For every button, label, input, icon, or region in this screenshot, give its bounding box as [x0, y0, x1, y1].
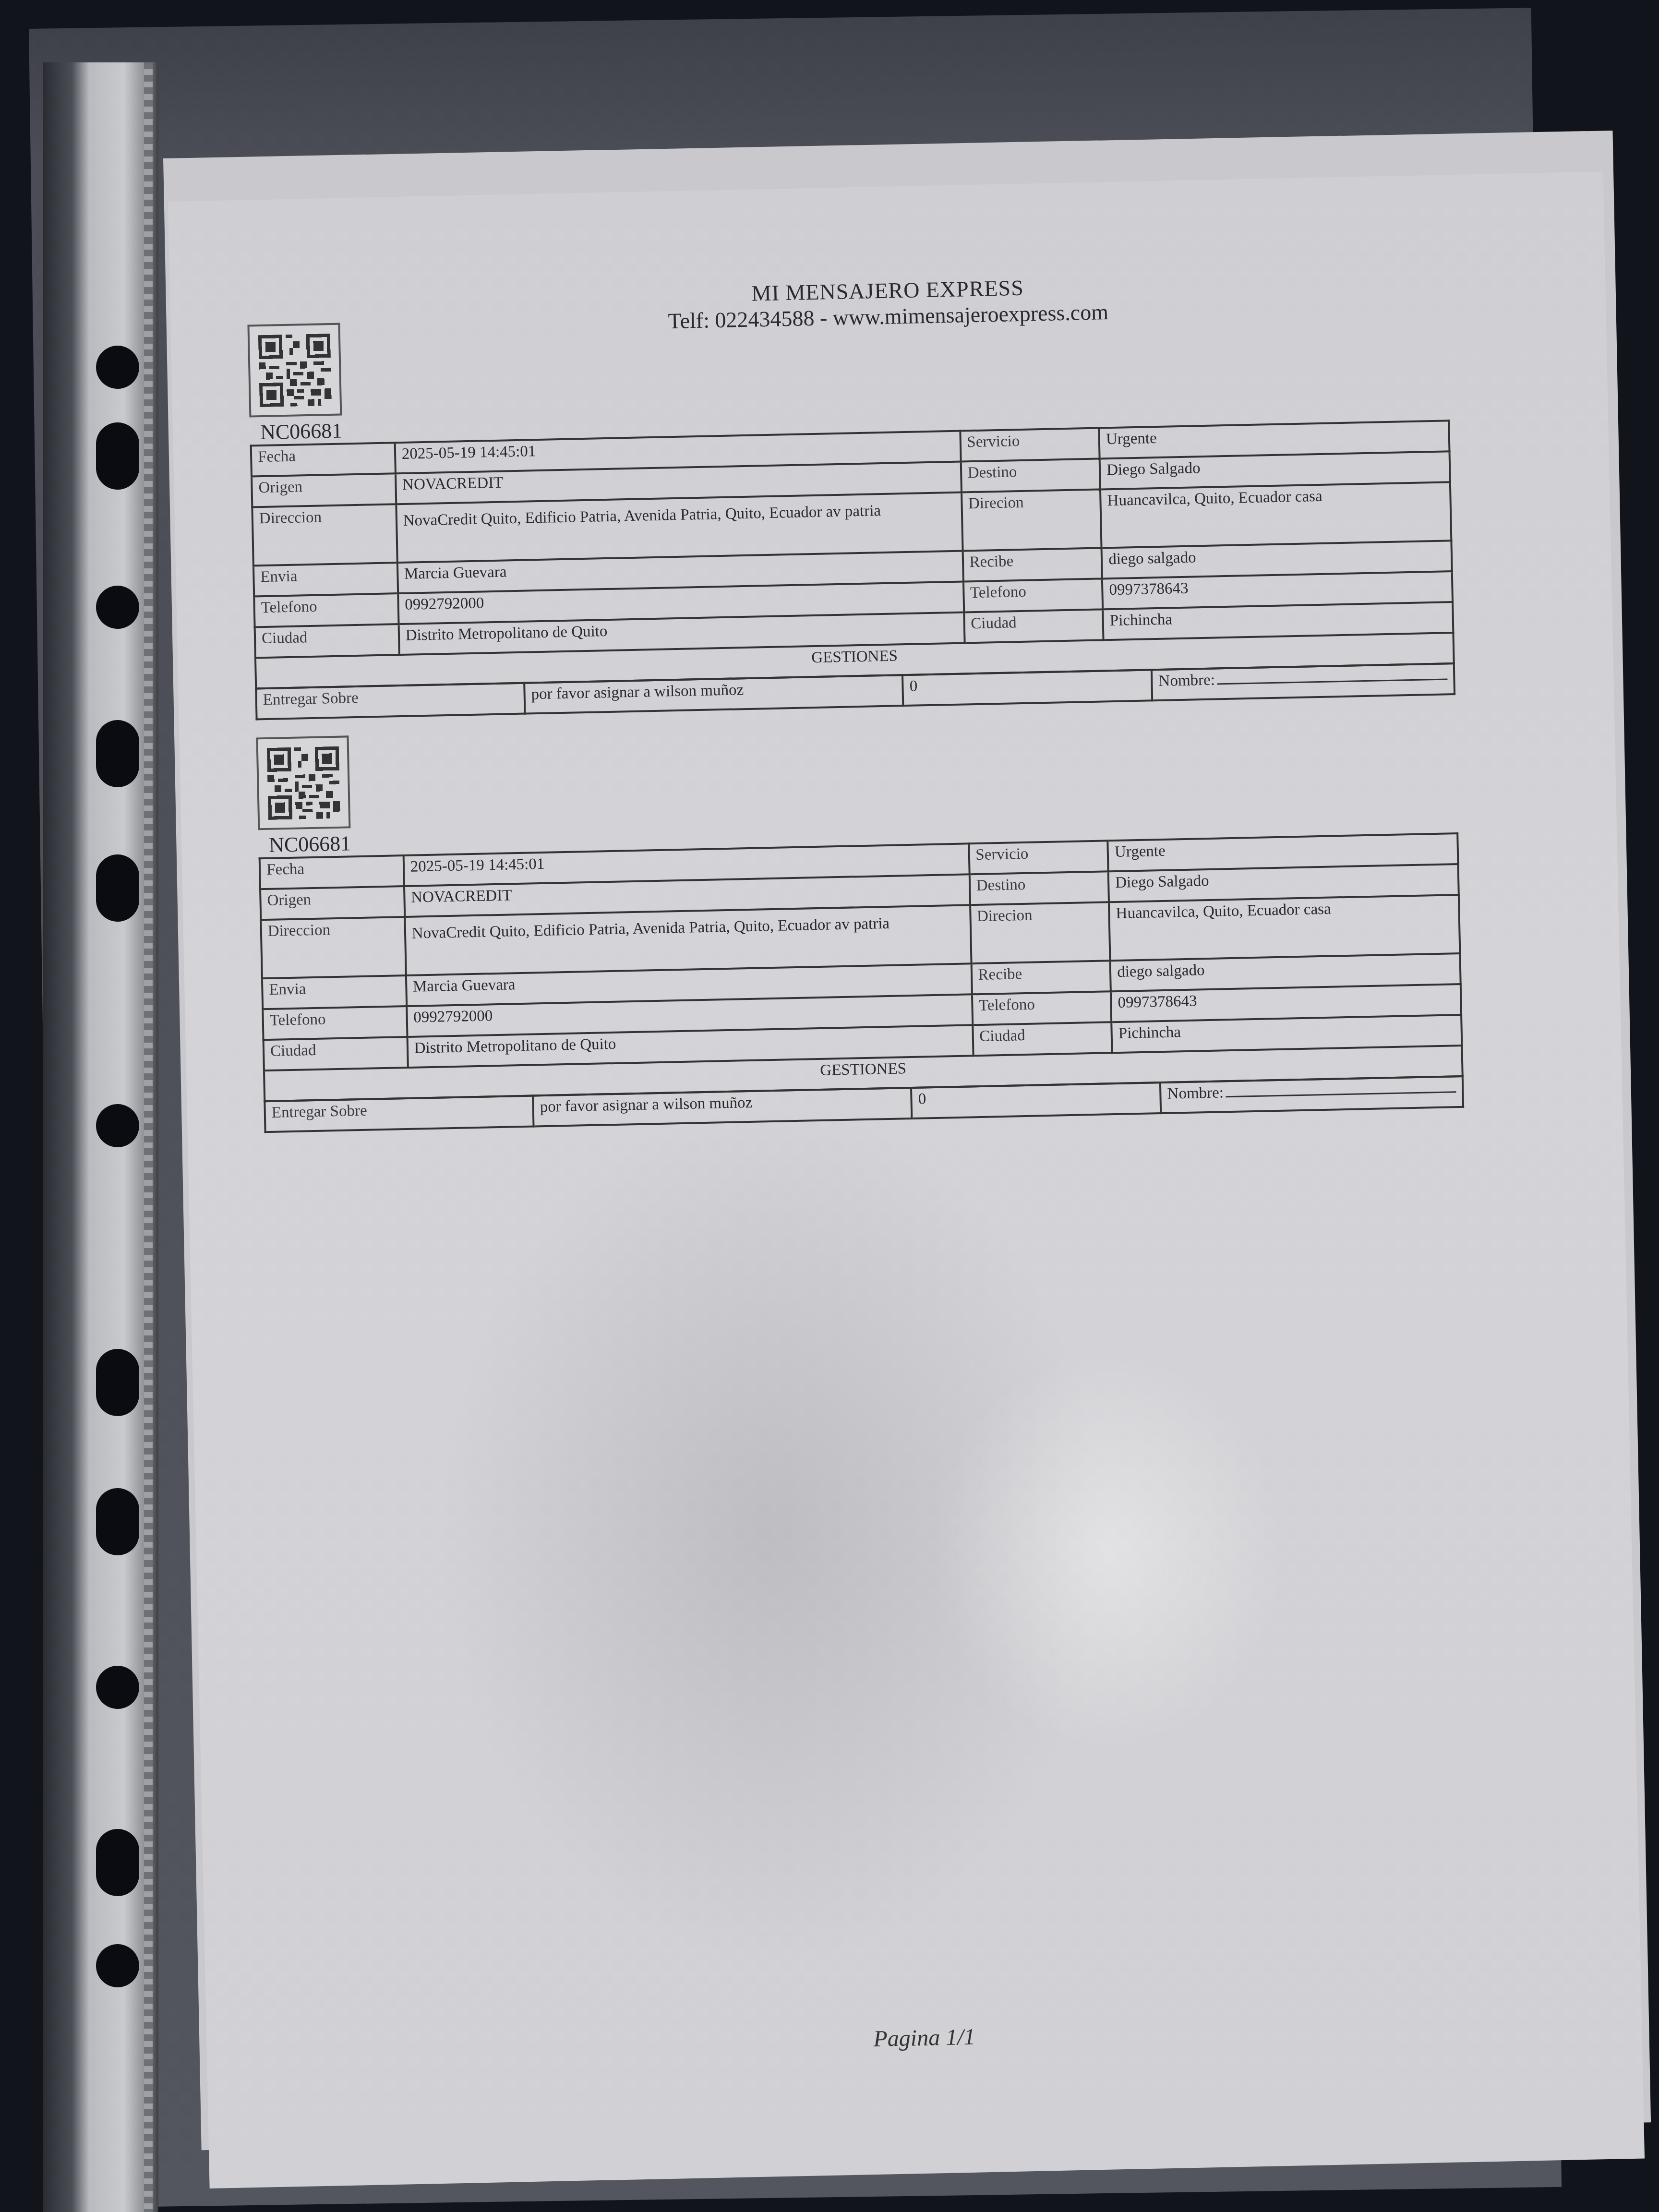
nombre-field: Nombre:	[1160, 1076, 1463, 1113]
qr-code-icon	[256, 735, 350, 830]
telefono-recibe-label: Telefono	[963, 578, 1103, 612]
ciudad-origen-label: Ciudad	[255, 624, 399, 658]
servicio-label: Servicio	[960, 428, 1100, 461]
punch-hole	[96, 720, 139, 787]
nombre-signature-line	[1226, 1091, 1456, 1097]
punch-hole	[96, 586, 139, 629]
destino-label: Destino	[969, 871, 1109, 905]
direccion-origen-label: Direccion	[261, 917, 406, 978]
envia-label: Envia	[262, 975, 407, 1009]
qr-code-icon	[247, 323, 342, 418]
page-number: Pagina 1/1	[206, 2010, 1642, 2067]
guide-table: Fecha 2025-05-19 14:45:01 Servicio Urgen…	[250, 420, 1455, 689]
origen-label: Origen	[252, 473, 396, 507]
guide-block: NC06681 Fecha 2025-05-19 14:45:01 Servic…	[256, 712, 1464, 1133]
punch-hole	[96, 1944, 139, 1987]
gestion-tipo: Entregar Sobre	[264, 1095, 533, 1132]
direccion-destino-value: Huancavilca, Quito, Ecuador casa	[1100, 482, 1451, 548]
gestion-tipo: Entregar Sobre	[256, 683, 525, 720]
fecha-label: Fecha	[251, 443, 396, 476]
punch-hole	[96, 1488, 139, 1555]
direccion-origen-value: NovaCredit Quito, Edificio Patria, Aveni…	[396, 493, 962, 563]
punch-hole	[96, 854, 139, 922]
gestion-cantidad: 0	[902, 670, 1152, 706]
telefono-recibe-label: Telefono	[972, 991, 1111, 1025]
recibe-label: Recibe	[962, 548, 1102, 581]
punch-hole	[96, 1349, 139, 1416]
binder-punch-strip	[43, 62, 158, 2212]
telefono-envia-label: Telefono	[263, 1006, 407, 1040]
fecha-label: Fecha	[260, 855, 404, 889]
direccion-destino-label: Direcion	[970, 902, 1110, 963]
recibe-label: Recibe	[971, 961, 1111, 994]
gestion-nota: por favor asignar a wilson muñoz	[533, 1088, 912, 1126]
direccion-origen-label: Direccion	[252, 504, 397, 565]
nombre-label: Nombre:	[1158, 672, 1215, 690]
guide-block: NC06681 Fecha 2025-05-19 14:45:01 Servic…	[247, 300, 1455, 720]
nombre-label: Nombre:	[1167, 1084, 1224, 1102]
telefono-envia-label: Telefono	[254, 593, 398, 627]
direccion-destino-label: Direcion	[962, 489, 1102, 551]
gestion-nota: por favor asignar a wilson muñoz	[524, 675, 903, 713]
ciudad-destino-label: Ciudad	[973, 1022, 1112, 1056]
punch-hole	[96, 346, 139, 389]
ciudad-destino-label: Ciudad	[964, 609, 1104, 643]
nombre-field: Nombre:	[1152, 663, 1455, 700]
origen-label: Origen	[260, 886, 405, 920]
guide-table: Fecha 2025-05-19 14:45:01 Servicio Urgen…	[259, 832, 1464, 1102]
gestion-cantidad: 0	[911, 1082, 1161, 1118]
punch-hole	[96, 1104, 139, 1147]
punch-hole	[96, 1666, 139, 1709]
punch-hole	[96, 1829, 139, 1896]
destino-label: Destino	[961, 458, 1100, 492]
delivery-guide-page: MI MENSAJERO EXPRESS Telf: 022434588 - w…	[168, 171, 1645, 2188]
nombre-signature-line	[1217, 678, 1447, 685]
servicio-label: Servicio	[969, 841, 1108, 874]
direccion-origen-value: NovaCredit Quito, Edificio Patria, Aveni…	[405, 905, 971, 975]
punch-hole	[96, 422, 139, 490]
direccion-destino-value: Huancavilca, Quito, Ecuador casa	[1109, 895, 1460, 961]
envia-label: Envia	[253, 563, 398, 596]
sleeve-perforation	[144, 62, 153, 2212]
ciudad-origen-label: Ciudad	[264, 1037, 408, 1070]
